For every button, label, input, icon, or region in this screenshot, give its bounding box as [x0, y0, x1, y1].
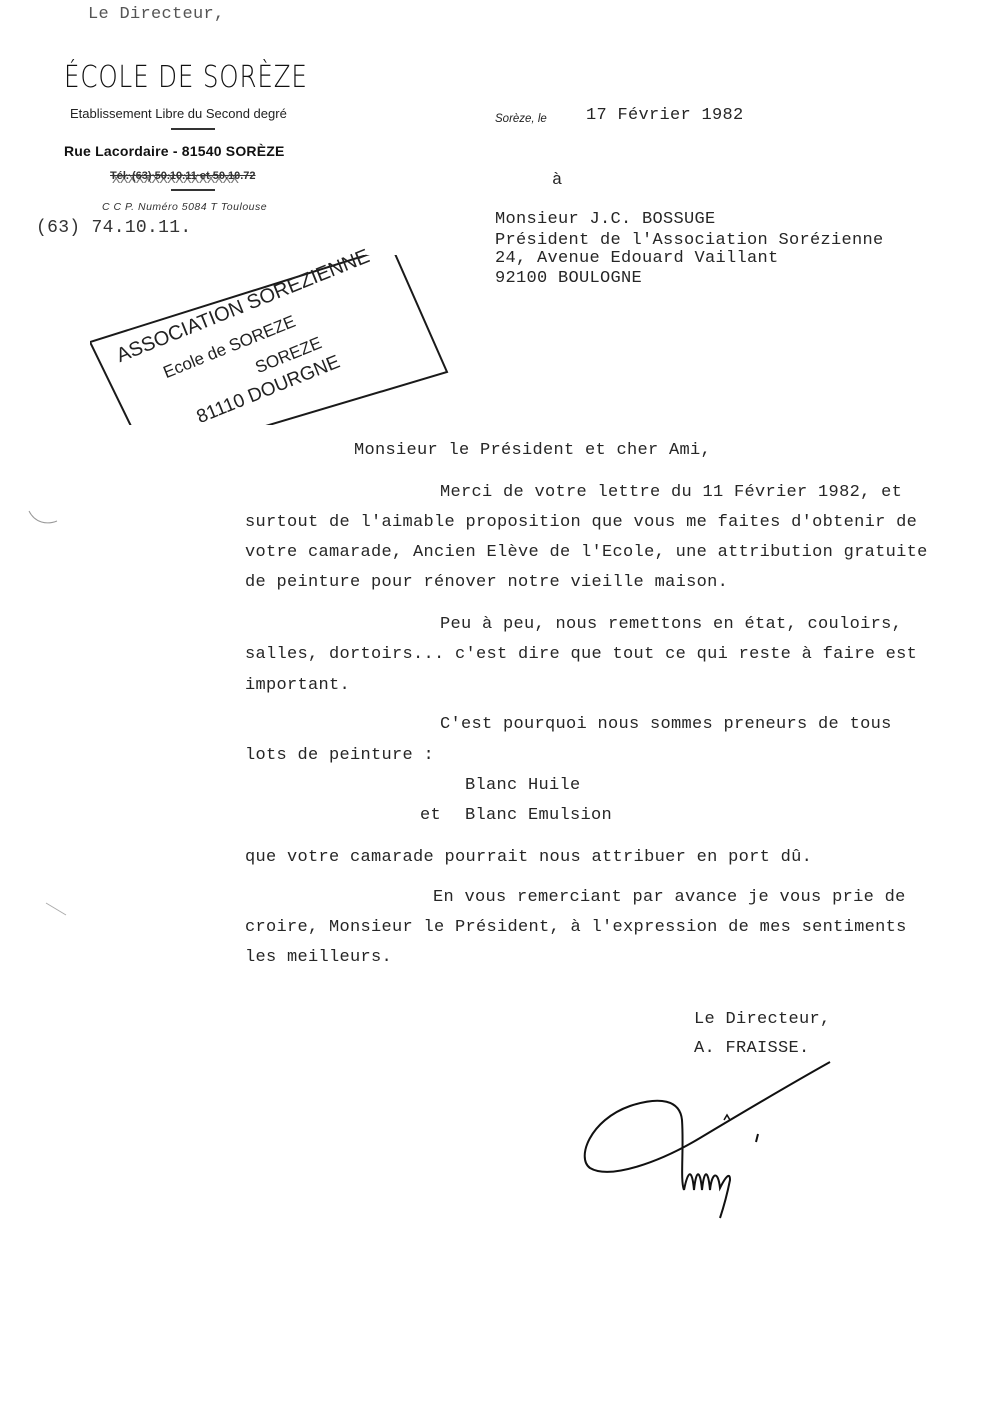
date-place: Sorèze, le — [495, 113, 547, 125]
letter-date: 17 Février 1982 — [586, 106, 744, 125]
recipient-marker: à — [552, 171, 563, 190]
paragraph-line: salles, dortoirs... c'est dire que tout … — [245, 645, 917, 664]
paragraph-line: important. — [245, 676, 350, 695]
school-address: Rue Lacordaire - 81540 SORÈZE — [64, 143, 285, 159]
closing-line: En vous remerciant par avance je vous pr… — [433, 888, 906, 907]
paragraph-line: Merci de votre lettre du 11 Février 1982… — [440, 483, 902, 502]
handwritten-signature — [580, 1040, 840, 1220]
paint-item-label: Blanc Huile — [465, 776, 581, 795]
signature-title: Le Directeur, — [694, 1010, 831, 1029]
stray-mark — [25, 505, 65, 535]
association-stamp: ASSOCIATION SOREZIENNE Ecole de SOREZE S… — [90, 255, 450, 425]
paragraph-line: Peu à peu, nous remettons en état, coulo… — [440, 615, 902, 634]
salutation: Monsieur le Président et cher Ami, — [354, 441, 711, 460]
paint-item-prefix: et — [420, 806, 441, 825]
stray-mark — [40, 895, 80, 925]
paragraph-line: de peinture pour rénover notre vieille m… — [245, 573, 728, 592]
recipient-street: 24, Avenue Edouard Vaillant — [495, 249, 779, 268]
paragraph-line: C'est pourquoi nous sommes preneurs de t… — [440, 715, 892, 734]
paragraph-line: que votre camarade pourrait nous attribu… — [245, 848, 812, 867]
recipient-title: Président de l'Association Sorézienne — [495, 231, 884, 250]
closing-line: les meilleurs. — [245, 948, 392, 967]
paint-item-label: Blanc Emulsion — [465, 806, 612, 825]
letterhead-divider — [171, 128, 215, 130]
paragraph-line: surtout de l'aimable proposition que vou… — [245, 513, 917, 532]
paragraph-line: votre camarade, Ancien Elève de l'Ecole,… — [245, 543, 928, 562]
closing-line: croire, Monsieur le Président, à l'expre… — [245, 918, 907, 937]
letterhead-divider — [171, 189, 215, 191]
school-name: ÉCOLE DE SORÈZE — [64, 60, 308, 95]
recipient-city: 92100 BOULOGNE — [495, 269, 642, 288]
paragraph-line: lots de peinture : — [245, 746, 434, 765]
recipient-name: Monsieur J.C. BOSSUGE — [495, 210, 716, 229]
letterhead-director-line: Le Directeur, — [88, 5, 225, 24]
telephone-struck: Tél. (63) 50.10.11 et 50.10.72 — [110, 170, 256, 182]
school-subtitle: Etablissement Libre du Second degré — [70, 106, 287, 121]
ccp-number: C C P. Numéro 5084 T Toulouse — [102, 201, 267, 213]
new-phone-number: (63) 74.10.11. — [36, 218, 191, 238]
